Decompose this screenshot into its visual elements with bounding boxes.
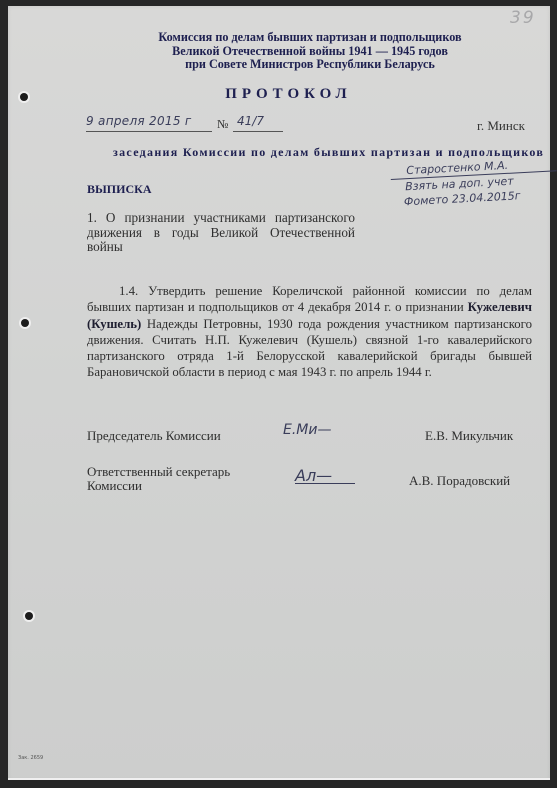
signature-name: Е.В. Микульчик — [425, 429, 513, 443]
handwritten-signature: Ал— — [295, 469, 355, 484]
signature-role: Ответственный секретарь Комиссии — [87, 465, 230, 493]
letterhead-line-2: Великой Отечественной войны 1941 — 1945 … — [140, 45, 480, 59]
page-edge — [8, 778, 550, 780]
number-field: 41/7 — [233, 114, 283, 132]
print-order-code: Зак. 2659 — [18, 755, 43, 761]
extract-label: ВЫПИСКА — [87, 182, 152, 197]
meeting-subtitle: заседания Комиссии по делам бывших парти… — [113, 145, 544, 160]
handwritten-signature: Е.Ми— — [283, 423, 331, 437]
handwritten-resolution-note: Старостенко М.А. Взять на доп. учет Фоме… — [390, 156, 552, 210]
item-body-text-1: 1.4. Утвердить решение Кореличской район… — [87, 284, 532, 314]
signature-name: А.В. Порадовский — [409, 474, 510, 488]
handwritten-date: 9 апреля 2015 г — [86, 114, 192, 128]
city: г. Минск — [477, 118, 525, 134]
item-body-text-2: Надежды Петровны, 1930 года рождения уча… — [87, 317, 532, 380]
item-body: 1.4. Утвердить решение Кореличской район… — [87, 283, 532, 381]
punch-hole-bottom — [25, 612, 33, 620]
item-heading: 1. О признании участниками партизанского… — [87, 211, 355, 255]
letterhead-line-1: Комиссия по делам бывших партизан и подп… — [140, 31, 480, 45]
document-title: ПРОТОКОЛ — [0, 86, 557, 103]
punch-hole-middle — [21, 319, 29, 327]
signature-role: Председатель Комиссии — [87, 429, 221, 443]
archive-page-number: 39 — [510, 8, 536, 28]
letterhead: Комиссия по делам бывших партизан и подп… — [140, 31, 480, 72]
number-label: № — [217, 117, 228, 132]
date-field: 9 апреля 2015 г — [86, 114, 212, 132]
letterhead-line-3: при Совете Министров Республики Беларусь — [140, 58, 480, 72]
handwritten-number: 41/7 — [237, 114, 264, 128]
